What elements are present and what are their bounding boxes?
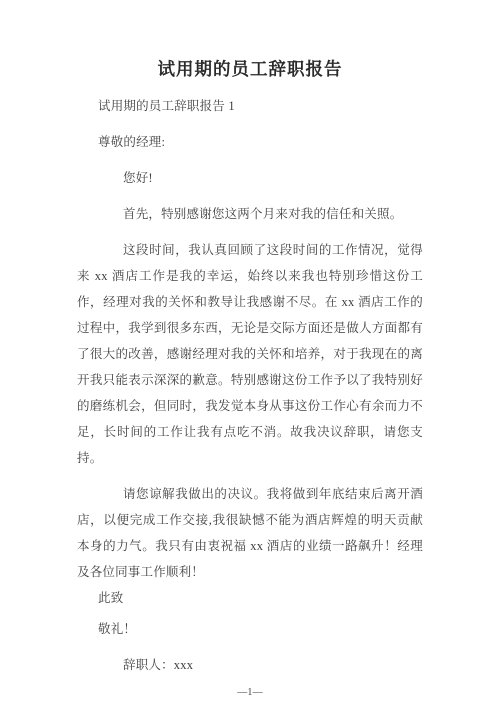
document-title: 试用期的员工辞职报告 [77, 55, 423, 83]
body-paragraph-1: 这段时间，我认真回顾了这段时间的工作情况，觉得来 xx 酒店工作是我的幸运，始终… [77, 237, 423, 471]
closing-salute-line: 敬礼！ [77, 616, 423, 642]
salutation-line: 尊敬的经理: [77, 129, 423, 155]
greeting-line: 您好! [77, 165, 423, 191]
document-subtitle: 试用期的员工辞职报告 1 [77, 93, 423, 119]
page-number: —1— [77, 680, 423, 706]
document-page: 试用期的员工辞职报告 试用期的员工辞职报告 1 尊敬的经理: 您好! 首先，特别… [0, 0, 500, 707]
body-paragraph-2: 请您谅解我做出的决议。我将做到年底结束后离开酒店，以便完成工作交接,我很缺憾不能… [77, 481, 423, 585]
signature-line: 辞职人：xxx [77, 652, 423, 678]
opening-paragraph: 首先，特别感谢您这两个月来对我的信任和关照。 [77, 201, 423, 227]
closing-respect-line: 此致 [77, 585, 423, 611]
